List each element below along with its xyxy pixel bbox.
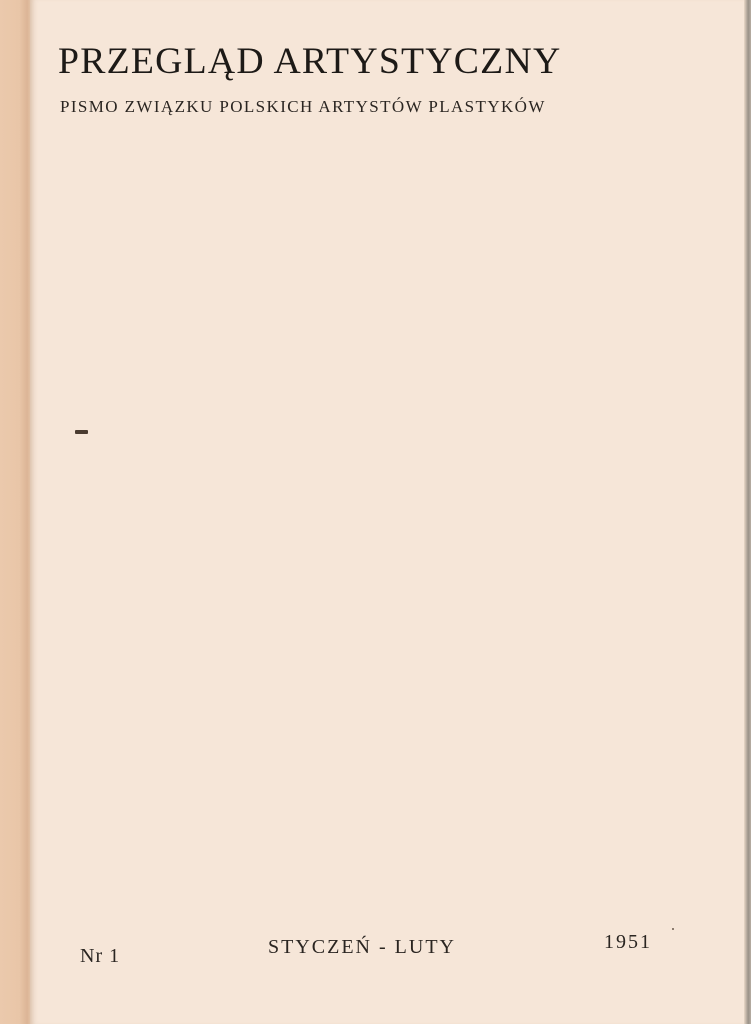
page-edge — [744, 0, 751, 1024]
ink-mark — [75, 430, 88, 434]
magazine-title: PRZEGLĄD ARTYSTYCZNY — [58, 40, 561, 83]
book-spine — [0, 0, 32, 1024]
issue-number: Nr 1 — [80, 945, 120, 968]
issue-year: 1951 — [604, 931, 652, 954]
cover-page — [30, 0, 744, 1024]
speck — [672, 928, 674, 930]
issue-months: STYCZEŃ - LUTY — [268, 936, 456, 959]
magazine-subtitle: PISMO ZWIĄZKU POLSKICH ARTYSTÓW PLASTYKÓ… — [60, 97, 546, 117]
